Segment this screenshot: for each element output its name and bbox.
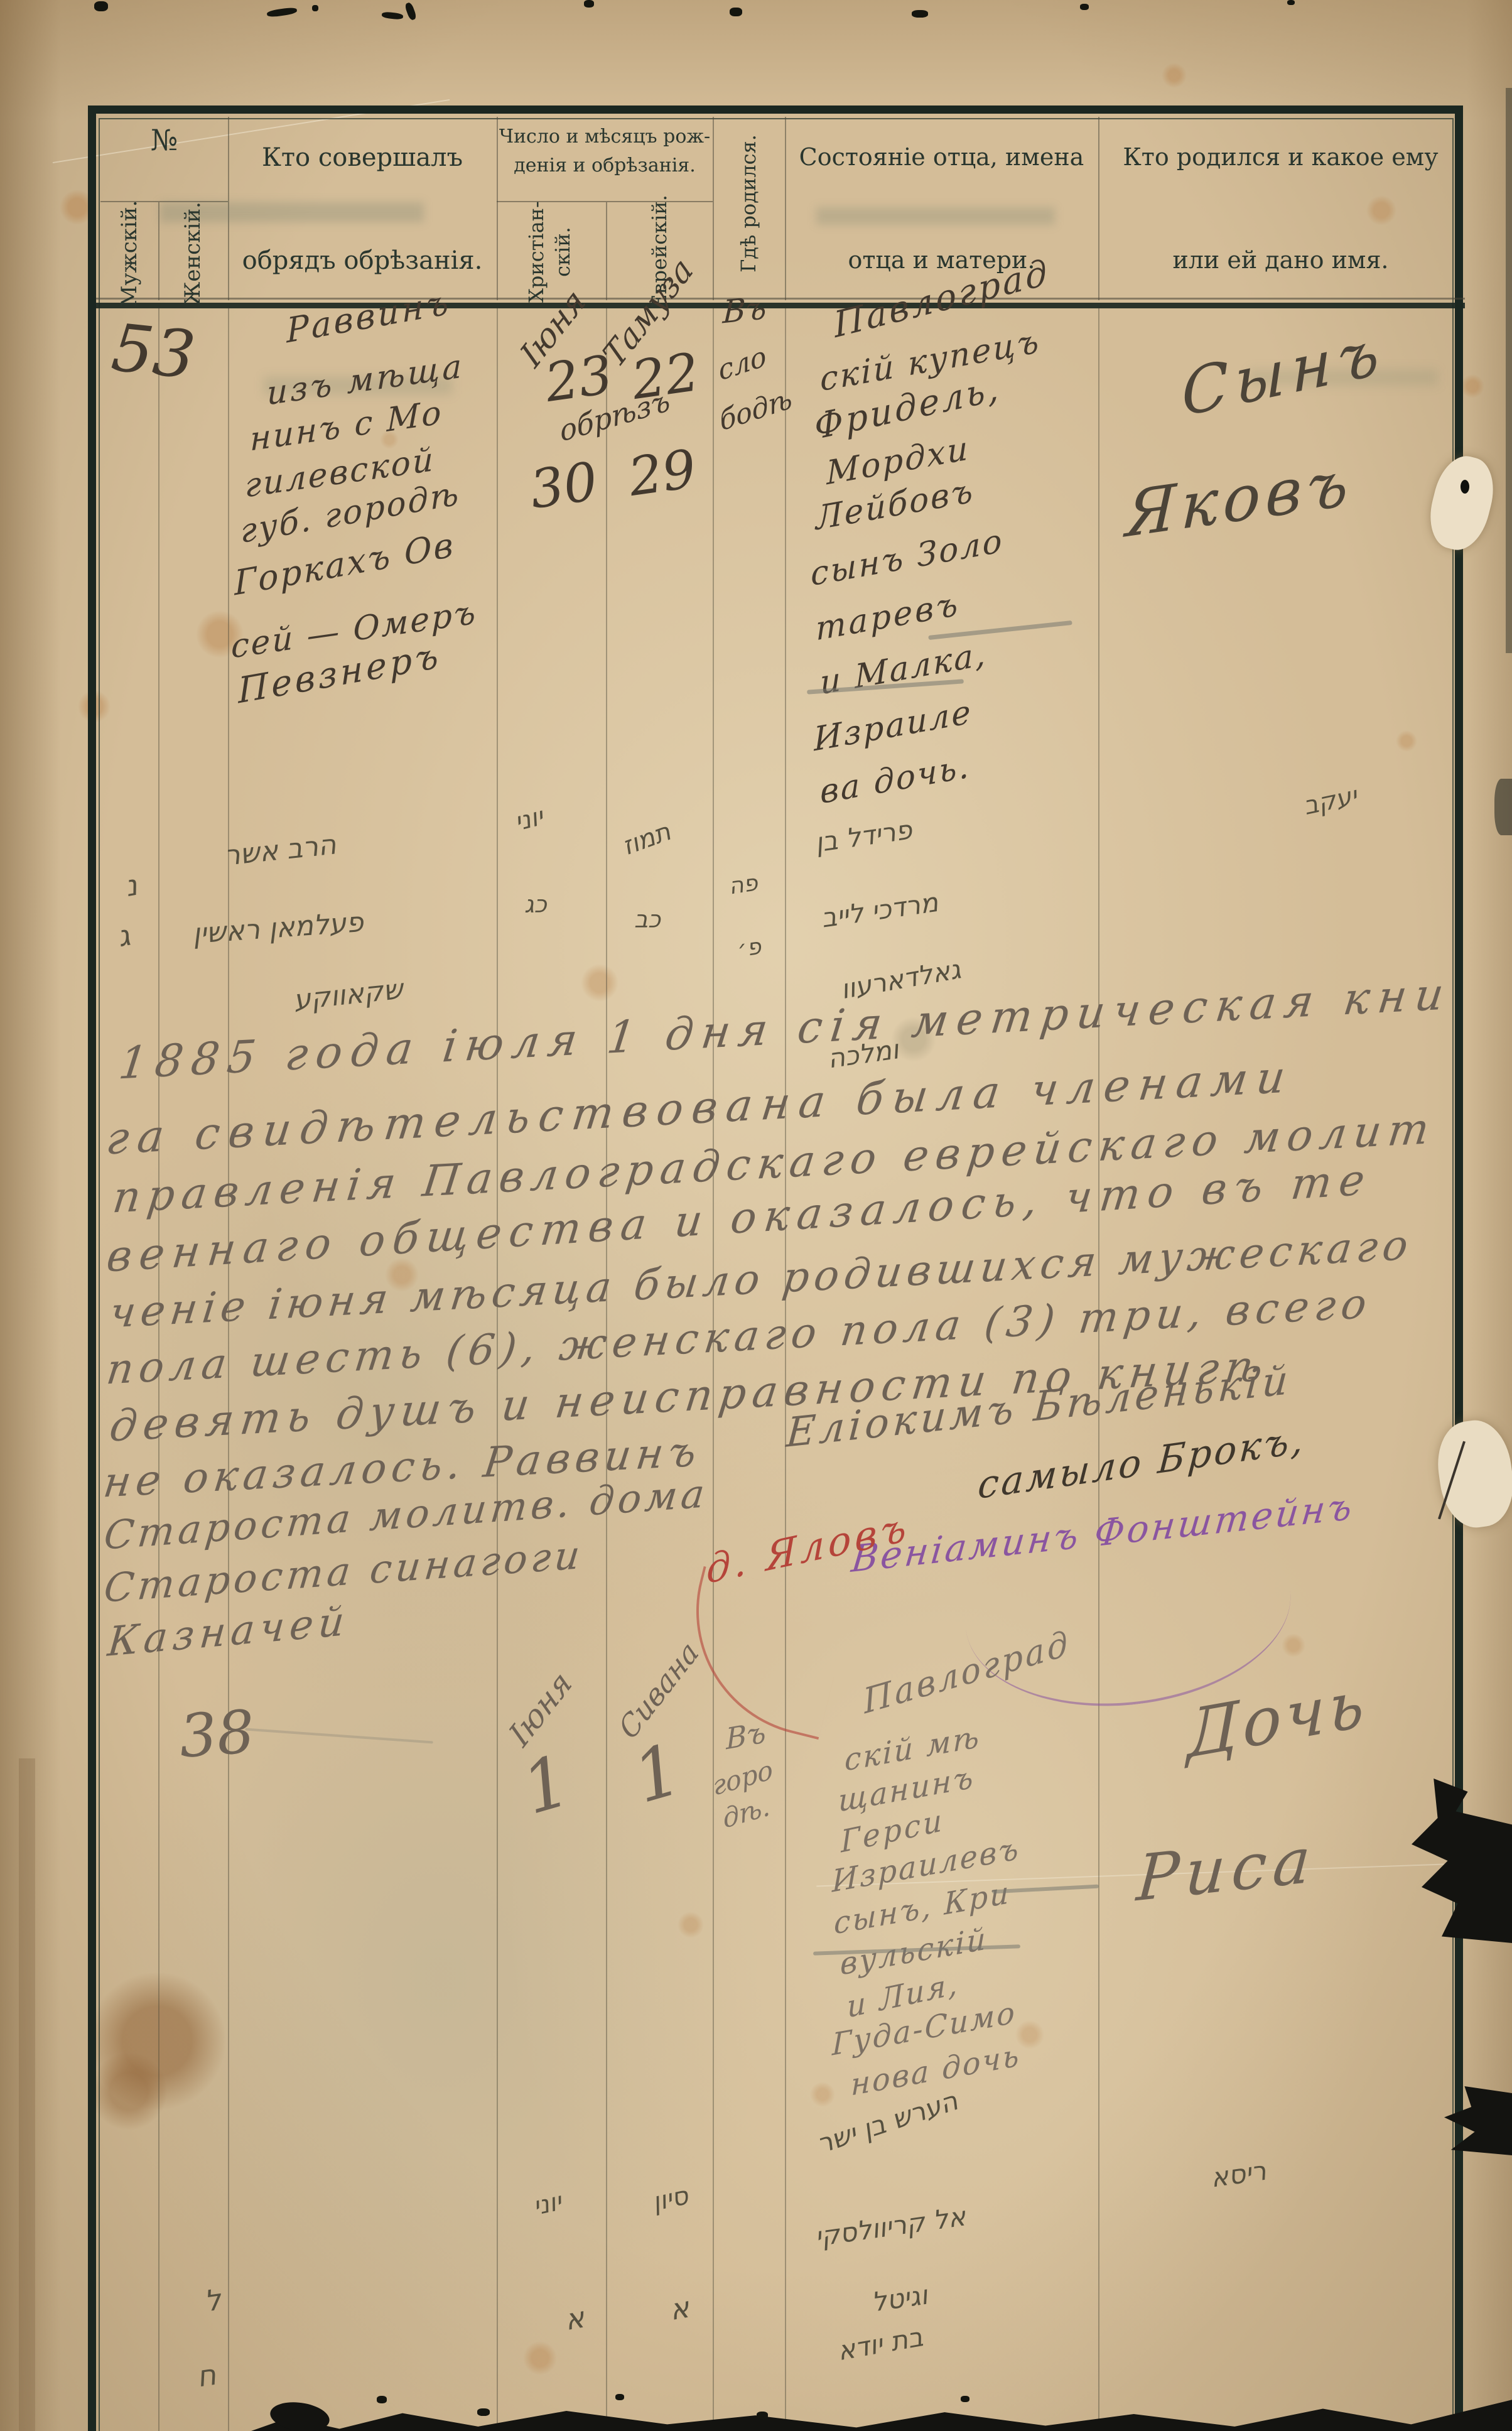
edge-crumb	[757, 2412, 768, 2419]
whereborn-line: Въ	[722, 290, 767, 331]
edge-crumb	[377, 2396, 387, 2403]
hebrew-jewish-date: כב	[634, 906, 661, 933]
hebrew-whereborn: פ׳	[736, 934, 763, 963]
ink-speck	[382, 11, 404, 19]
entry-number: 38	[177, 1698, 257, 1772]
column-header-father: Состояніе отца, имена	[785, 143, 1098, 171]
ink-speck	[266, 7, 297, 18]
edge-crumb	[477, 2408, 490, 2416]
column-header-whereborn: Гдѣ родился.	[733, 109, 764, 298]
register-page: № Мужскій. Женскій. Кто совершалъ обрядъ…	[0, 0, 1512, 2431]
whereborn-line: Въ	[725, 1715, 766, 1757]
column-header-performer2: обрядъ обрѣзанія.	[228, 246, 497, 275]
ink-speck	[312, 5, 318, 11]
column-header-childname: Кто родился и какое ему	[1098, 143, 1463, 171]
column-line	[158, 202, 159, 300]
hebrew-christian-date: יוני	[531, 2187, 564, 2221]
ink-speck	[94, 1, 108, 11]
column-line	[713, 117, 714, 300]
ink-speck	[584, 0, 594, 8]
ink-speck	[730, 8, 742, 16]
column-header-father2: отца и матери.	[785, 246, 1098, 274]
edge-crumb	[615, 2394, 624, 2400]
ink-bleed-smudge	[816, 207, 1055, 225]
hebrew-whereborn: פה	[727, 870, 759, 900]
tear-hole	[1461, 480, 1469, 494]
jewish-circumcision-day: 29	[625, 438, 699, 508]
column-line	[606, 308, 607, 2431]
column-header-number: №	[100, 123, 228, 157]
column-header-childname2: или ей дано имя.	[1098, 246, 1463, 274]
right-edge-shadow	[1494, 779, 1512, 835]
ink-speck	[1287, 0, 1295, 5]
column-header-dates: Число и мѣсяцъ рож-	[497, 126, 713, 148]
jewish-birth-day: 22	[628, 341, 703, 411]
ink-speck	[1080, 4, 1089, 10]
right-edge-shadow	[1506, 88, 1512, 653]
christian-circumcision-day: 30	[526, 450, 601, 521]
entry-number: 53	[108, 309, 198, 394]
column-line	[606, 202, 607, 300]
header-bottom-thin	[96, 298, 1465, 300]
column-header-performer: Кто совершалъ	[228, 143, 497, 172]
edge-crumb	[961, 2396, 969, 2402]
hebrew-christian-date: כג	[524, 891, 547, 918]
left-edge-shadow	[19, 1758, 35, 2431]
ink-speck	[912, 10, 928, 18]
ink-speck	[404, 2, 418, 21]
